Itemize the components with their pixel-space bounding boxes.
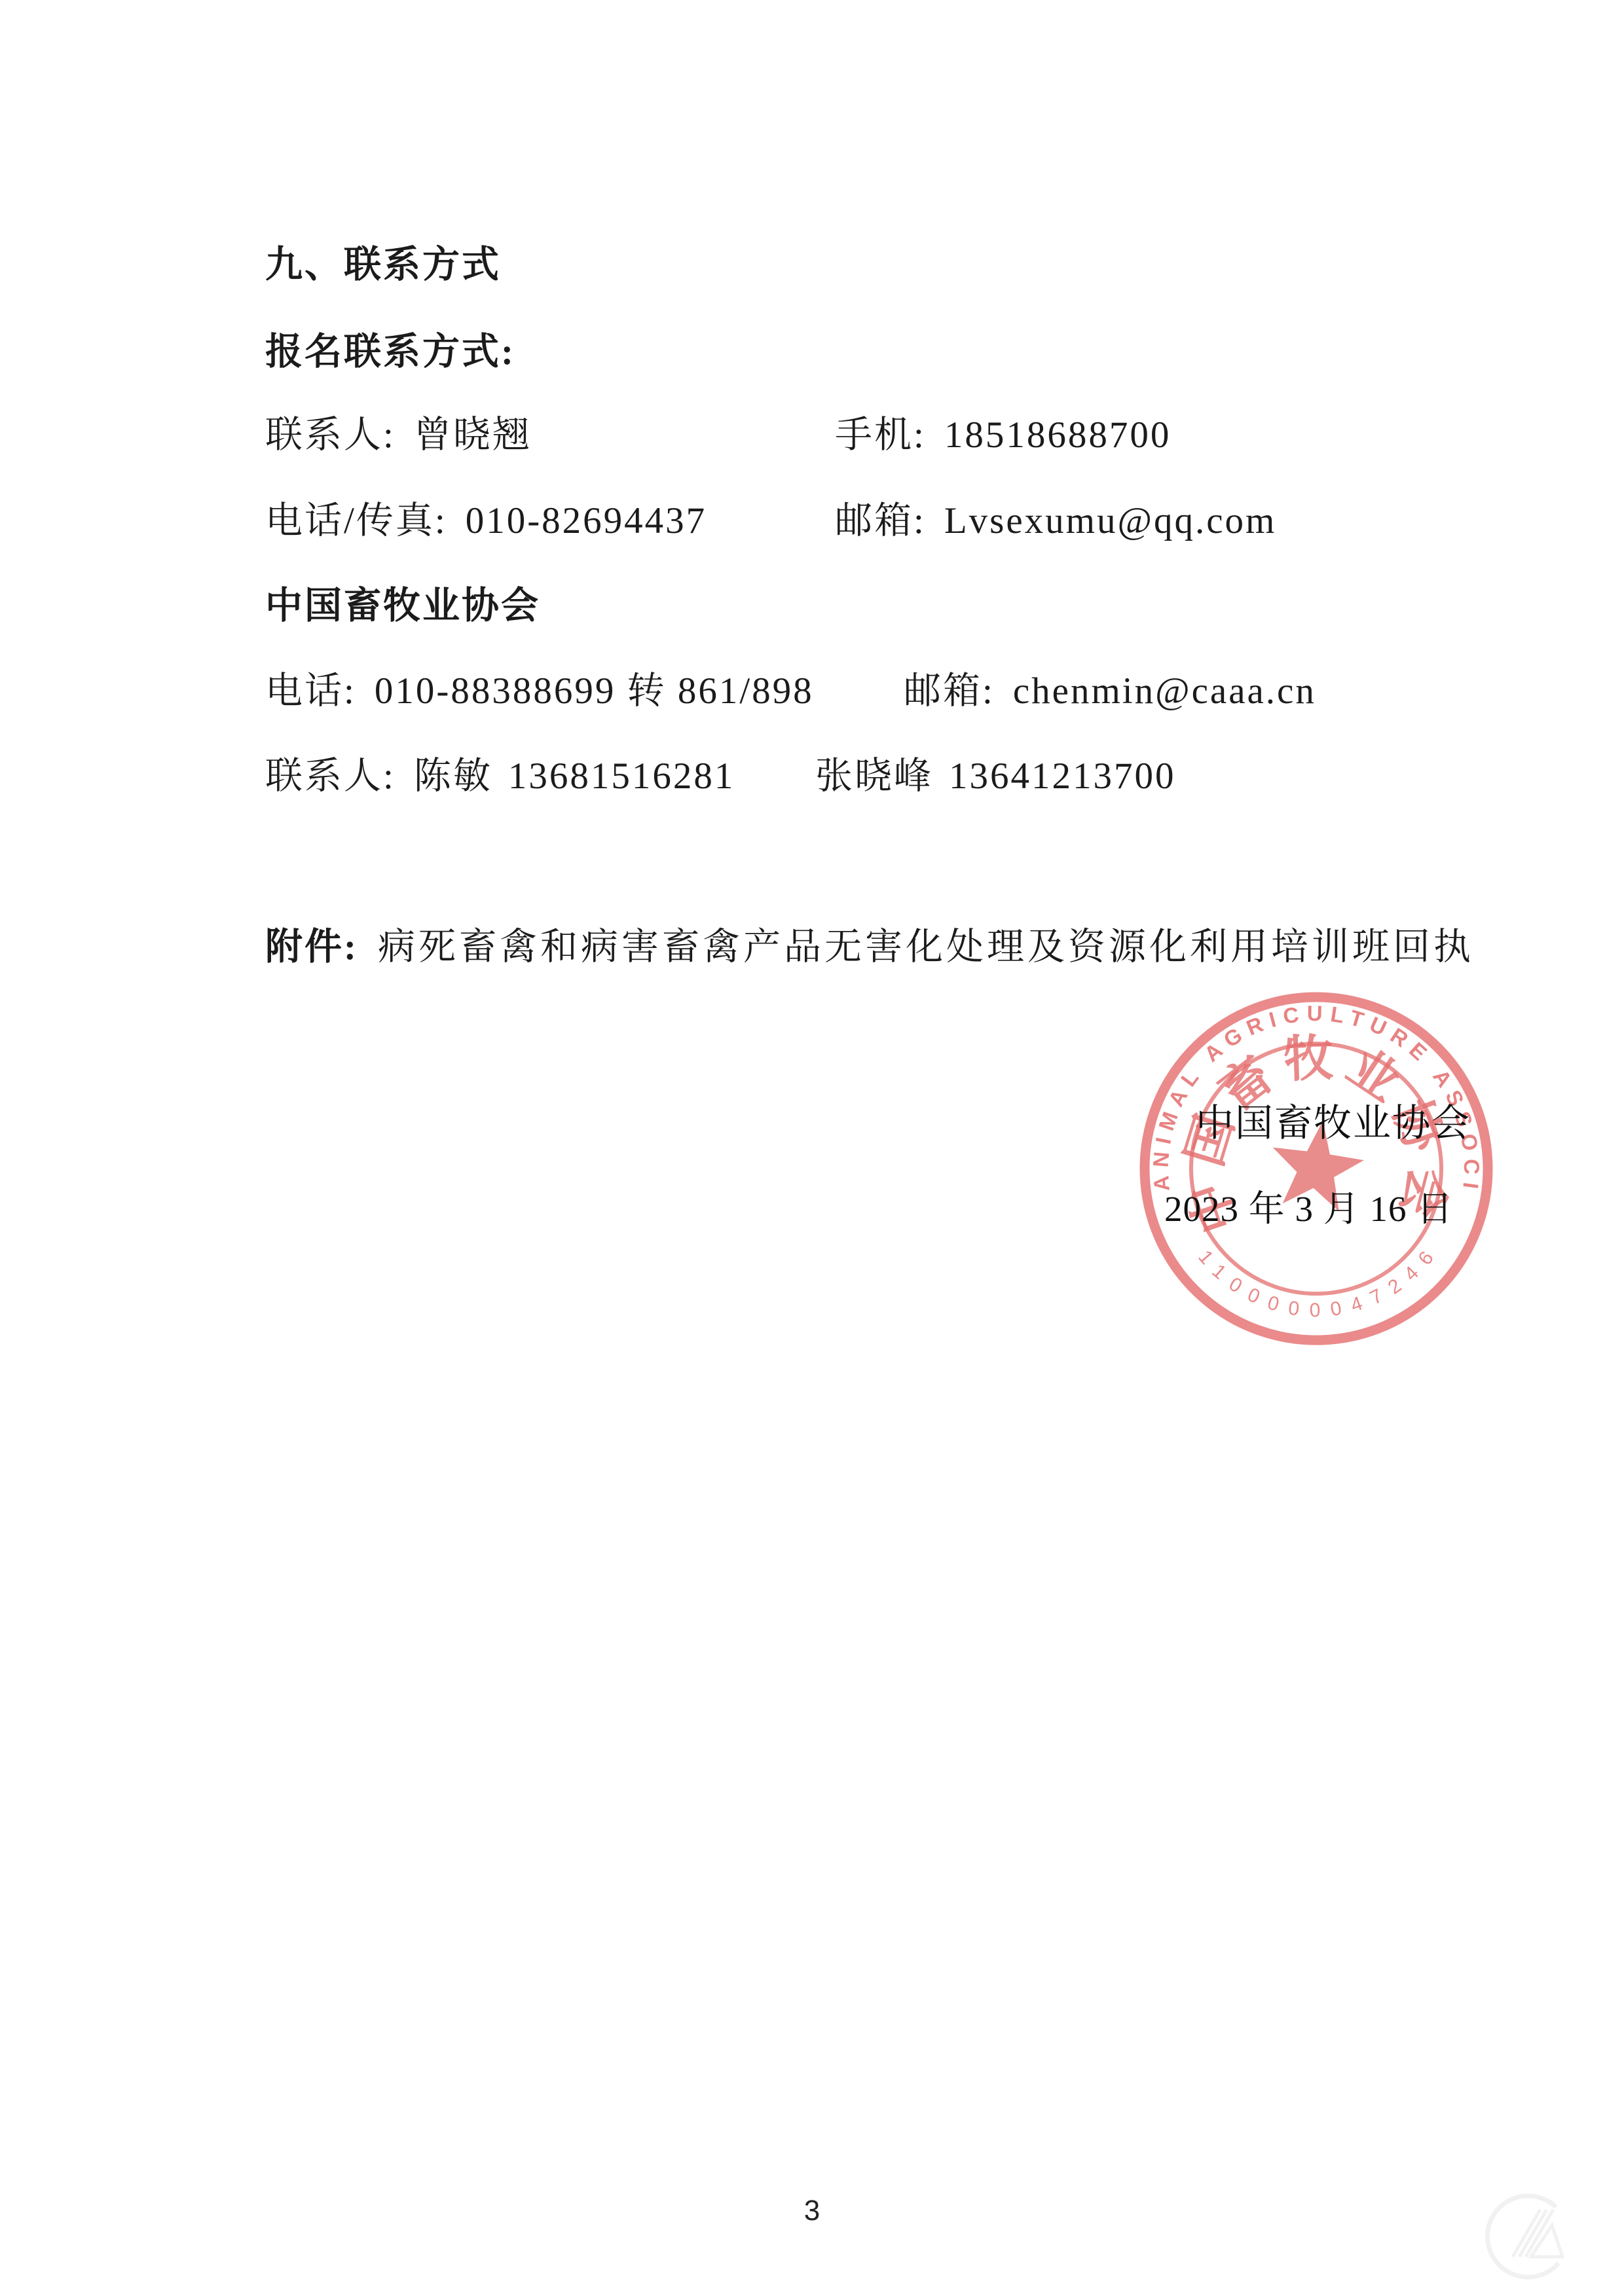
signature-organization: 中国畜牧业协会 (1196, 1092, 1471, 1147)
attachment-line: 附件:病死畜禽和病害畜禽产品无害化处理及资源化利用培训班回执 (265, 926, 1474, 969)
assoc-contact1-name: 陈敏 (414, 756, 492, 797)
attachment-label: 附件: (265, 926, 358, 968)
signature-date: 2023 年 3 月 16 日 (1164, 1180, 1453, 1231)
attachment-title: 病死畜禽和病害畜禽产品无害化处理及资源化利用培训班回执 (378, 926, 1474, 968)
mobile-label: 手机: (835, 414, 926, 456)
assoc-contact2-mobile: 13641213700 (949, 756, 1176, 797)
assoc-email-address: chenmin@caaa.cn (1013, 670, 1316, 712)
page-number: 3 (0, 2195, 1624, 2227)
association-contact1-line: 联系人:陈敏13681516281 (265, 755, 735, 798)
association-phone-line: 电话:010-88388699 转 861/898 (265, 670, 814, 713)
assoc-contact1-mobile: 13681516281 (508, 756, 735, 797)
assoc-contact2-name: 张晓峰 (815, 756, 933, 797)
official-seal: CHINA ANIMAL AGRICULTURE ASSOCIATION 110… (1123, 975, 1509, 1362)
registration-mobile-line: 手机:18518688700 (835, 414, 1171, 457)
association-email-line: 邮箱:chenmin@caaa.cn (904, 670, 1316, 713)
document-page: 九、联系方式 报名联系方式: 联系人:曾晓翘 手机:18518688700 电话… (0, 0, 1624, 2296)
phone-fax-number: 010-82694437 (466, 500, 707, 541)
registration-contact-line: 联系人:曾晓翘 (265, 414, 532, 457)
assoc-phone-label: 电话: (265, 670, 356, 712)
watermark-logo (1472, 2183, 1583, 2291)
phone-fax-label: 电话/传真: (265, 500, 447, 541)
registration-phonefax-line: 电话/传真:010-82694437 (265, 500, 707, 543)
association-name: 中国畜牧业协会 (265, 585, 540, 628)
mobile-number: 18518688700 (944, 414, 1172, 456)
association-contact2-line: 张晓峰13641213700 (815, 755, 1176, 798)
section-title: 九、联系方式 (265, 244, 501, 287)
contact-name: 曾晓翘 (414, 414, 532, 456)
email-address: Lvsexumu@qq.com (944, 500, 1277, 541)
registration-heading: 报名联系方式: (265, 331, 515, 374)
assoc-contacts-label: 联系人: (265, 756, 396, 797)
email-label: 邮箱: (835, 500, 926, 541)
assoc-phone-number: 010-88388699 转 861/898 (375, 670, 814, 712)
assoc-email-label: 邮箱: (904, 670, 995, 712)
contact-label: 联系人: (265, 414, 396, 456)
registration-email-line: 邮箱:Lvsexumu@qq.com (835, 500, 1276, 543)
